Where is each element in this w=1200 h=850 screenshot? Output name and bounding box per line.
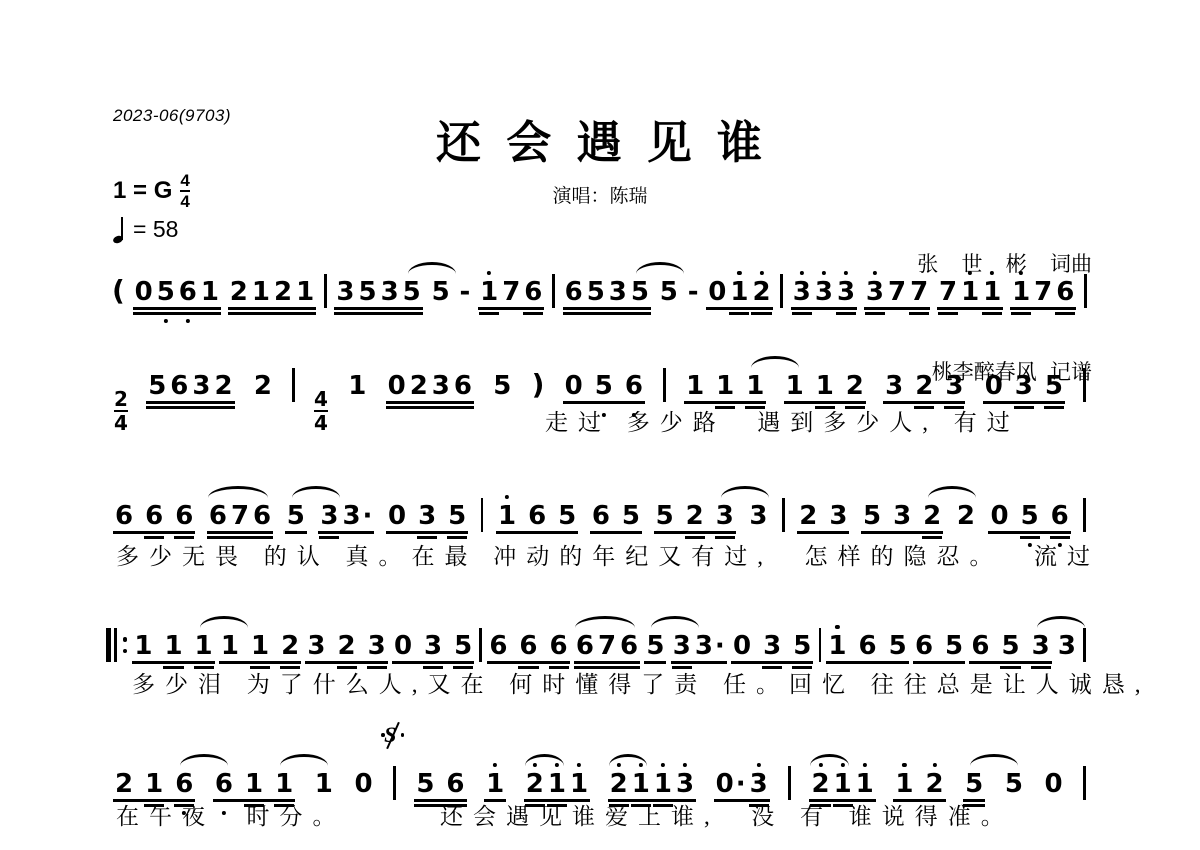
key-signature: 1 = G 4 4 <box>113 172 190 210</box>
note-digit: 6 <box>170 373 188 399</box>
repeat-dot <box>123 637 128 642</box>
note-group: 56 <box>415 771 465 797</box>
sustain-dash: - <box>688 277 699 307</box>
barline <box>479 628 482 662</box>
octave-dot-above <box>822 271 826 275</box>
note-digit: 1 <box>164 633 182 659</box>
note-digit: 6 <box>253 503 271 529</box>
octave-dot-above <box>800 271 804 275</box>
tie-arc-to-next <box>280 754 328 766</box>
lyric-line-2: 走过 多少路 遇到多少人, 有过 <box>545 404 1020 437</box>
beam-underline <box>478 307 544 310</box>
note-digit: 5 <box>358 279 376 305</box>
note-digit: 1 <box>548 771 566 797</box>
note-digit: 3· <box>695 633 725 659</box>
note-group: 5 <box>431 279 451 305</box>
partial-underline <box>1055 312 1075 315</box>
note-digit: 0 <box>985 373 1003 399</box>
note-group: 323 <box>306 633 386 659</box>
note-digit: 3 <box>945 373 963 399</box>
note-digit: 3 <box>815 279 833 305</box>
beam-underline <box>305 661 387 664</box>
note-digit: 5 <box>595 373 613 399</box>
note-digit: 1 <box>961 279 979 305</box>
note-digit: 1 <box>245 771 263 797</box>
lyric-line-3: 多少无畏 的认 真。在最 冲动的年纪又有过, 怎样的隐忍。 流过 <box>116 538 1100 571</box>
repeat-thick-bar <box>106 628 111 662</box>
note-group: 676 <box>208 503 272 529</box>
note-digit: 6 <box>454 373 472 399</box>
octave-dot-above <box>863 763 867 767</box>
note-group: 65 <box>591 503 641 529</box>
lyric-line-5: 在午夜 时分。 还会遇见谁爱上谁, 没 有 谁说得准。 <box>116 798 1014 831</box>
key-time-fraction: 4 4 <box>180 172 189 210</box>
note-digit: 5 <box>157 279 175 305</box>
note-digit: 2 <box>752 279 770 305</box>
note-group: 035 <box>393 633 473 659</box>
note-group: 035 <box>984 373 1064 399</box>
note-digit: 5 <box>793 633 811 659</box>
note-group: 611 <box>214 771 294 797</box>
note-group: 165 <box>497 503 577 529</box>
note-digit: 3 <box>424 633 442 659</box>
note-group: 65 <box>914 633 964 659</box>
partial-underline <box>479 312 499 315</box>
tie-arc-to-next <box>180 754 228 766</box>
beam-underline-second <box>133 312 221 315</box>
tie-arc-to-next <box>928 486 976 498</box>
note-digit: 2 <box>274 279 292 305</box>
note-digit: 6 <box>550 633 568 659</box>
note-digit: 7 <box>231 503 249 529</box>
note-group: 5 <box>286 503 306 529</box>
partial-underline <box>1011 312 1031 315</box>
note-group: 323 <box>884 373 964 399</box>
note-digit: 1 <box>895 771 913 797</box>
note-group: 0561 <box>134 279 220 305</box>
partial-underline <box>729 312 749 315</box>
octave-dot-above <box>990 271 994 275</box>
barline <box>552 274 555 308</box>
note-digit: 5 <box>454 633 472 659</box>
note-digit: 1 <box>486 771 504 797</box>
note-digit: 2 <box>214 373 232 399</box>
note-digit: 1 <box>348 373 366 399</box>
beam-underline <box>318 531 374 534</box>
note-digit: 3 <box>885 373 903 399</box>
note-digit: 3 <box>381 279 399 305</box>
sheet-music-page: 2023-06(9703) 还 会 遇 见 谁 演唱：陈瑞 张 世 彬 词曲 桃… <box>0 0 1200 850</box>
note-digit: 3 <box>1015 373 1033 399</box>
partial-underline <box>523 312 543 315</box>
tie-arc-to-next <box>408 262 456 274</box>
note-digit: 1 <box>251 633 269 659</box>
beam-underline-second <box>228 312 316 315</box>
note-digit: 5 <box>558 503 576 529</box>
barline <box>292 368 295 402</box>
note-group: 523 <box>655 503 735 529</box>
note-digit: 6 <box>576 633 594 659</box>
note-group: 653 <box>970 633 1050 659</box>
note-digit: 1 <box>856 771 874 797</box>
note-group: 2 <box>253 373 273 399</box>
augmentation-dot: · <box>736 769 746 799</box>
note-digit: 3 <box>793 279 811 305</box>
note-group: 12 <box>894 771 944 797</box>
note-group: 035 <box>387 503 467 529</box>
note-digit: 7 <box>598 633 616 659</box>
segno-dot <box>381 733 385 737</box>
note-digit: 6 <box>179 279 197 305</box>
note-group: 532 <box>862 503 942 529</box>
tie-arc-to-next <box>970 754 1018 766</box>
note-digit: 1 <box>134 633 152 659</box>
tie-arc <box>810 754 849 766</box>
note-digit: 6 <box>145 503 163 529</box>
note-digit: 3 <box>320 503 338 529</box>
note-group: 0 <box>1044 771 1064 797</box>
note-digit: 6 <box>519 633 537 659</box>
beam-underline <box>791 307 857 310</box>
note-group: 035 <box>732 633 812 659</box>
note-digit: 1 <box>221 633 239 659</box>
note-group: 5 <box>492 373 512 399</box>
note-group: 33· <box>672 633 726 659</box>
music-line-3: 666676533·035165655233235322056 <box>114 490 1086 520</box>
note-digit: 2 <box>410 373 428 399</box>
note-group: 2121 <box>229 279 315 305</box>
tie-arc-to-next <box>651 616 699 628</box>
note-digit: 3 <box>893 503 911 529</box>
note-digit: 1 <box>816 373 834 399</box>
note-group: 1 <box>347 373 367 399</box>
note-digit: 5 <box>432 279 450 305</box>
quarter-note-icon <box>113 216 126 243</box>
barline: S <box>393 766 396 800</box>
tempo-value: = 58 <box>133 216 178 243</box>
barline <box>481 498 484 532</box>
beam-underline <box>988 531 1070 534</box>
note-digit: 7 <box>1034 279 1052 305</box>
note-digit: 1 <box>983 279 1001 305</box>
note-group: 165 <box>827 633 907 659</box>
note-group: 3 <box>748 503 768 529</box>
note-digit: 2 <box>811 771 829 797</box>
note-digit: 7 <box>910 279 928 305</box>
note-digit: 6 <box>489 633 507 659</box>
partial-underline <box>938 312 958 315</box>
note-digit: 6 <box>446 771 464 797</box>
beam-underline <box>146 401 234 404</box>
time-signature: 24 <box>114 389 128 433</box>
beam-underline-second <box>386 406 474 409</box>
tie-arc-to-next <box>636 262 684 274</box>
tempo-marking: = 58 <box>113 216 178 243</box>
note-digit: 6 <box>528 503 546 529</box>
repeat-start-sign <box>106 628 127 662</box>
note-digit: 0 <box>394 633 412 659</box>
note-digit: 3 <box>307 633 325 659</box>
note-group: 0·3 <box>715 771 769 797</box>
beam-underline <box>969 661 1051 664</box>
note-digit: 5 <box>965 771 983 797</box>
beam-underline <box>826 661 908 664</box>
note-digit: 0· <box>716 771 746 797</box>
octave-dot-above <box>577 763 581 767</box>
beam-underline <box>574 661 640 664</box>
note-digit: 3 <box>418 503 436 529</box>
note-digit: 0 <box>990 503 1008 529</box>
note-group: 056 <box>564 373 644 399</box>
note-digit: 3 <box>1058 633 1076 659</box>
note-digit: 1 <box>786 373 804 399</box>
beam-underline <box>219 661 301 664</box>
note-digit: 2 <box>799 503 817 529</box>
note-group: 176 <box>1011 279 1075 305</box>
beam-underline <box>207 531 273 534</box>
note-digit: 2 <box>230 279 248 305</box>
note-digit: 0 <box>733 633 751 659</box>
note-group: 676 <box>575 633 639 659</box>
barline <box>324 274 327 308</box>
note-group: 1 <box>485 771 505 797</box>
beam-underline <box>797 531 849 534</box>
note-digit: 3 <box>432 373 450 399</box>
barline <box>1083 628 1086 662</box>
time-signature: 44 <box>314 389 328 433</box>
note-digit: 5 <box>403 279 421 305</box>
note-digit: 3 <box>763 633 781 659</box>
note-group: 666 <box>488 633 568 659</box>
note-digit: 1 <box>195 633 213 659</box>
note-digit: 7 <box>939 279 957 305</box>
note-digit: 5 <box>416 771 434 797</box>
parenthesis: ( <box>112 274 125 307</box>
note-digit: 2 <box>281 633 299 659</box>
tie-arc-to-next <box>721 486 769 498</box>
note-digit: 5 <box>287 503 305 529</box>
beam-underline-second <box>146 406 234 409</box>
note-group: 3535 <box>335 279 421 305</box>
note-digit: 5 <box>863 503 881 529</box>
note-group: 211 <box>810 771 874 797</box>
note-group: 1 <box>314 771 334 797</box>
note-digit: 3 <box>866 279 884 305</box>
note-group: 711 <box>938 279 1002 305</box>
octave-dot-above <box>1019 271 1023 275</box>
note-group: 056 <box>989 503 1069 529</box>
note-digit: 2 <box>526 771 544 797</box>
octave-dot-above <box>493 763 497 767</box>
note-stem <box>121 217 123 240</box>
beam-underline <box>706 307 772 310</box>
note-digit: 1 <box>632 771 650 797</box>
augmentation-dot: · <box>363 501 373 531</box>
time-sig-denominator: 4 <box>314 410 328 433</box>
note-digit: 2 <box>846 373 864 399</box>
parenthesis: ) <box>532 368 545 401</box>
note-digit: 6 <box>1056 279 1074 305</box>
note-group: 111 <box>685 373 765 399</box>
key-fraction-denominator: 4 <box>180 190 189 210</box>
octave-dot-above <box>487 271 491 275</box>
note-digit: 3 <box>676 771 694 797</box>
octave-dot-above <box>844 271 848 275</box>
note-digit: 0 <box>1045 771 1063 797</box>
music-line-1: (0561212135355-17665355-012333377711176 <box>112 266 1087 296</box>
note-digit: 2 <box>254 373 272 399</box>
note-group: 5 <box>645 633 665 659</box>
note-digit: 0 <box>565 373 583 399</box>
beam-underline <box>487 661 569 664</box>
octave-dot-above <box>737 271 741 275</box>
music-line-4: 111112323035666676533·035165656533 <box>106 620 1086 650</box>
note-digit: 5 <box>631 279 649 305</box>
partial-underline <box>909 312 929 315</box>
note-digit: 2 <box>915 373 933 399</box>
note-digit: 6 <box>565 279 583 305</box>
note-digit: 3 <box>750 771 768 797</box>
beam-underline <box>334 307 422 310</box>
beam-underline <box>937 307 1003 310</box>
note-group: 333 <box>792 279 856 305</box>
note-digit: 1 <box>252 279 270 305</box>
note-digit: 6 <box>175 771 193 797</box>
note-digit: 6 <box>115 503 133 529</box>
note-digit: 6 <box>592 503 610 529</box>
partial-underline <box>1044 406 1064 409</box>
note-digit: 5 <box>148 373 166 399</box>
tie-arc <box>208 486 268 498</box>
note-digit: 0 <box>354 771 372 797</box>
note-digit: 5 <box>660 279 678 305</box>
beam-underline <box>228 307 316 310</box>
note-digit: 6 <box>175 503 193 529</box>
note-group: 2 <box>956 503 976 529</box>
note-digit: 3 <box>192 373 210 399</box>
note-digit: 5 <box>587 279 605 305</box>
note-digit: 1 <box>498 503 516 529</box>
note-digit: 1 <box>315 771 333 797</box>
beam-underline <box>731 661 813 664</box>
note-digit: 3 <box>673 633 691 659</box>
barline <box>1084 274 1087 308</box>
note-digit: 5 <box>1005 771 1023 797</box>
note-digit: 2 <box>610 771 628 797</box>
note-digit: 1 <box>145 771 163 797</box>
barline <box>1083 766 1086 800</box>
note-digit: 0 <box>708 279 726 305</box>
note-group: 0 <box>353 771 373 797</box>
note-digit: 2 <box>686 503 704 529</box>
beam-underline <box>644 661 666 664</box>
time-sig-denominator: 4 <box>114 410 128 433</box>
note-digit: 2 <box>115 771 133 797</box>
octave-dot-above <box>968 271 972 275</box>
note-group: 012 <box>707 279 771 305</box>
note-digit: 3 <box>716 503 734 529</box>
note-digit: 0 <box>135 279 153 305</box>
time-sig-numerator: 4 <box>314 389 328 409</box>
note-group: 211 <box>525 771 589 797</box>
tie-arc-to-next <box>1037 616 1085 628</box>
beam-underline <box>133 307 221 310</box>
note-digit: 3 <box>749 503 767 529</box>
beam-underline-second <box>563 312 651 315</box>
note-digit: 0 <box>388 373 406 399</box>
note-group: 5 <box>964 771 984 797</box>
beam-underline <box>386 401 474 404</box>
beam-underline <box>913 661 965 664</box>
repeat-thin-bar <box>114 628 117 662</box>
tie-arc-to-next <box>200 616 248 628</box>
note-digit: 6 <box>524 279 542 305</box>
partial-underline <box>982 312 1002 315</box>
note-digit: 1 <box>834 771 852 797</box>
note-group: 5 <box>1004 771 1024 797</box>
note-group: 666 <box>114 503 194 529</box>
note-group: 377 <box>865 279 929 305</box>
beam-underline <box>861 531 943 534</box>
partial-underline <box>865 312 885 315</box>
barline <box>1083 498 1086 532</box>
note-group: 33· <box>319 503 373 529</box>
note-group: 5 <box>659 279 679 305</box>
octave-dot-below <box>186 319 190 323</box>
lyric-line-4: 多少泪 为了什么人,又在 何时懂得了责 任。回忆 往往总是让人诚恳, <box>132 666 1151 699</box>
note-digit: 0 <box>388 503 406 529</box>
beam-underline <box>1010 307 1076 310</box>
key-fraction-numerator: 4 <box>180 172 189 189</box>
note-digit: 1 <box>201 279 219 305</box>
time-sig-numerator: 2 <box>114 389 128 409</box>
note-group: 111 <box>133 633 213 659</box>
beam-underline <box>864 307 930 310</box>
beam-underline <box>132 661 214 664</box>
note-digit: 3 <box>1032 633 1050 659</box>
barline <box>780 274 783 308</box>
repeat-dot <box>123 649 128 654</box>
note-digit: 6 <box>620 633 638 659</box>
note-digit: 6 <box>625 373 643 399</box>
octave-dot-above <box>683 763 687 767</box>
note-group: 6535 <box>564 279 650 305</box>
note-digit: 3 <box>609 279 627 305</box>
note-digit: 6 <box>215 771 233 797</box>
barline <box>663 368 666 402</box>
note-group: 23 <box>798 503 848 529</box>
note-digit: 6 <box>209 503 227 529</box>
beam-underline <box>590 531 642 534</box>
tie-arc <box>575 616 635 628</box>
partial-underline <box>836 312 856 315</box>
note-group: 112 <box>220 633 300 659</box>
note-digit: 1 <box>275 771 293 797</box>
note-digit: 3 <box>837 279 855 305</box>
note-group: 112 <box>785 373 865 399</box>
tie-arc <box>609 754 647 766</box>
note-digit: 1 <box>746 373 764 399</box>
note-digit: 1 <box>654 771 672 797</box>
key-prefix: 1 = G <box>113 177 172 205</box>
octave-dot-above <box>873 271 877 275</box>
octave-dot-above <box>661 763 665 767</box>
partial-underline <box>792 312 812 315</box>
barline <box>819 628 822 662</box>
barline <box>788 766 791 800</box>
note-digit: 5 <box>889 633 907 659</box>
note-digit: 2 <box>925 771 943 797</box>
